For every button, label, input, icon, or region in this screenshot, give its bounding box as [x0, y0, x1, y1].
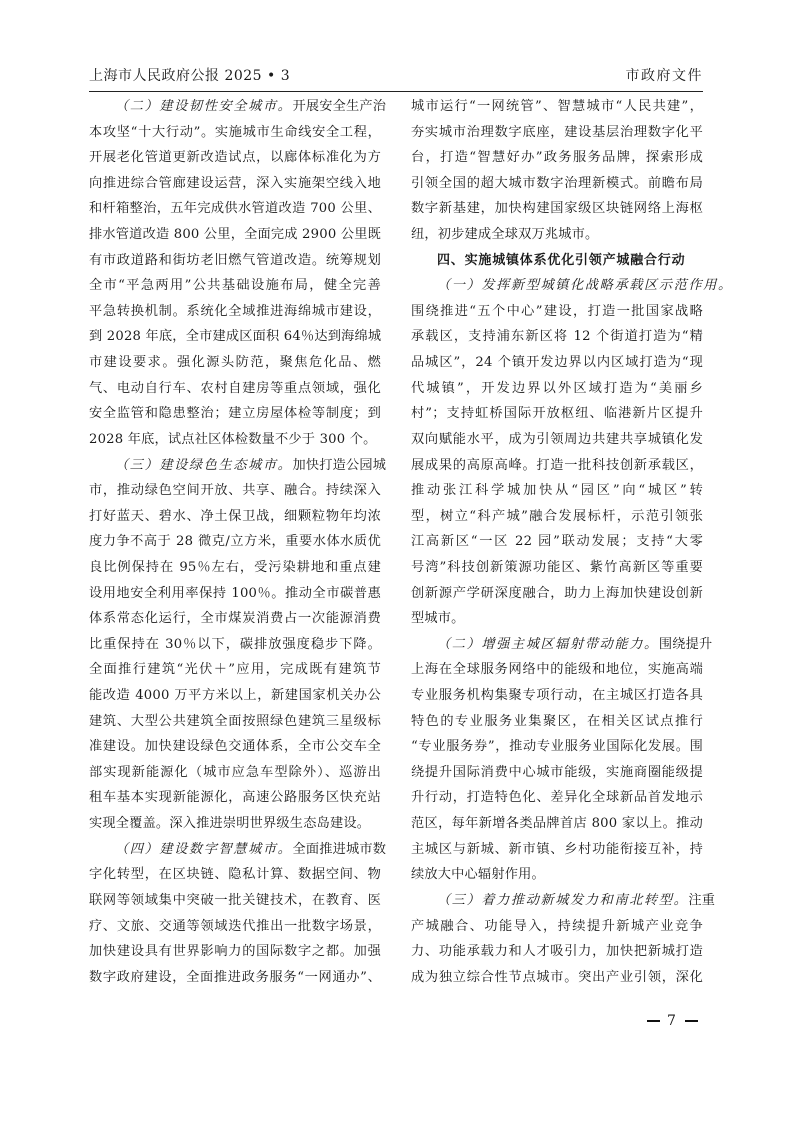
line-text: 特色的专业服务业集聚区，在相关区试点推行 [411, 714, 703, 729]
line-text: 有市政道路和街坊老旧燃气管道改造。统筹规划 [89, 253, 381, 268]
text-line: （二）增强主城区辐射带动能力。围绕提升 [411, 632, 703, 658]
line-text: 四、实施城镇体系优化引领产城融合行动 [437, 253, 685, 268]
text-line: 度力争不高于 28 微克/立方米，重要水体水质优 [89, 529, 381, 555]
line-text: 市建设要求。强化源头防范，聚焦危化品、燃 [89, 355, 381, 370]
line-text: 品城区”，24 个镇开发边界以内区域打造为“现 [411, 355, 703, 370]
text-line: 平急转换机制。系统化全域推进海绵城市建设， [89, 299, 381, 325]
text-line: 疗、文旅、交通等领域迭代推出一批数字场景， [89, 914, 381, 940]
line-text: 联网等领域集中突破一批关键技术，在教育、医 [89, 893, 381, 908]
right-column: 城市运行“一网统管”、智慧城市“人民共建”，夯实城市治理数字底座，建设基层治理数… [411, 94, 703, 990]
line-text: 比重保持在 30％以下，碳排放强度稳步下降。 [89, 637, 381, 652]
left-column: （二）建设韧性安全城市。开展安全生产治本攻坚“十大行动”。实施城市生命线安全工程… [89, 94, 381, 990]
line-text: 建筑、大型公共建筑全面按照绿色建筑三星级标 [89, 714, 381, 729]
text-line: 加快建设具有世界影响力的国际数字之都。加强 [89, 939, 381, 965]
line-text: 引领全国的超大城市数字治理新模式。前瞻布局 [411, 176, 703, 191]
line-text: 号湾”科技创新策源功能区、紫竹高新区等重要 [411, 560, 703, 575]
page-number-value: 7 [667, 1013, 678, 1029]
text-line: 范区，每年新增各类品牌首店 800 家以上。推动 [411, 811, 703, 837]
text-line: 台，打造“智慧好办”政务服务品牌，探索形成 [411, 145, 703, 171]
line-text: 成为独立综合性节点城市。突出产业引领，深化 [411, 970, 703, 985]
line-text: 疗、文旅、交通等领域迭代推出一批数字场景， [89, 919, 381, 934]
line-text: 双向赋能水平，成为引领周边共建共享城镇化发 [411, 432, 703, 447]
subsection-title: （四）建设数字智慧城市。 [115, 842, 292, 857]
subsection-title: （三）着力推动新城发力和南北转型。 [437, 893, 688, 908]
line-text: 实现全覆盖。深入推进崇明世界级生态岛建设。 [89, 816, 370, 831]
line-text: 数字新基建，加快构建国家级区块链网络上海枢 [411, 201, 703, 216]
line-text: 全面推行建筑“光伏＋”应用，完成既有建筑节 [89, 662, 381, 677]
text-line: 力、功能承载力和人才吸引力，加快把新城打造 [411, 939, 703, 965]
line-text: 注重 [688, 893, 715, 908]
line-text: 开展老化管道更新改造试点，以廊体标准化为方 [89, 150, 381, 165]
text-line: 村”；支持虹桥国际开放枢纽、临港新片区提升 [411, 401, 703, 427]
text-line: 良比例保持在 95％左右，受污染耕地和重点建 [89, 555, 381, 581]
line-text: 租车基本实现新能源化，高速公路服务区快充站 [89, 790, 381, 805]
text-line: 江高新区“一区 22 园”联动发展；支持“大零 [411, 529, 703, 555]
section-title: 市政府文件 [626, 65, 704, 85]
page-header: 上海市人民政府公报 2025 • 3 市政府文件 [89, 63, 703, 92]
text-line: 有市政道路和街坊老旧燃气管道改造。统筹规划 [89, 248, 381, 274]
text-line: 引领全国的超大城市数字治理新模式。前瞻布局 [411, 171, 703, 197]
dash-left [647, 1020, 660, 1022]
text-line: 和杆箱整治，五年完成供水管道改造 700 公里、 [89, 196, 381, 222]
text-line: 字化转型，在区块链、隐私计算、数据空间、物 [89, 862, 381, 888]
section-heading: 四、实施城镇体系优化引领产城融合行动 [411, 248, 703, 274]
line-text: 全面推进城市数 [292, 842, 386, 857]
publication-title: 上海市人民政府公报 2025 • 3 [89, 65, 290, 85]
text-line: 专业服务机构集聚专项行动，在主城区打造各具 [411, 683, 703, 709]
line-text: 到 2028 年底，全市建成区面积 64％达到海绵城 [89, 329, 381, 344]
text-line: 打好蓝天、碧水、净土保卫战，细颗粒物年均浓 [89, 504, 381, 530]
line-text: 平急转换机制。系统化全域推进海绵城市建设， [89, 304, 381, 319]
text-line: 城市运行“一网统管”、智慧城市“人民共建”， [411, 94, 703, 120]
line-text: 能改造 4000 万平方米以上，新建国家机关办公 [89, 688, 381, 703]
text-line: 安全监管和隐患整治；建立房屋体检等制度；到 [89, 401, 381, 427]
text-line: 体系常态化运行，全市煤炭消费占一次能源消费 [89, 606, 381, 632]
text-line: 气、电动自行车、农村自建房等重点领域，强化 [89, 376, 381, 402]
line-text: 准建设。加快建设绿色交通体系，全市公交车全 [89, 739, 381, 754]
line-text: 排水管道改造 800 公里，全面完成 2900 公里既 [89, 227, 381, 242]
line-text: 全市“平急两用”公共基础设施布局，健全完善 [89, 278, 381, 293]
text-line: 向推进综合管廊建设运营，深入实施架空线入地 [89, 171, 381, 197]
text-line: 展成果的高原高峰。打造一批科技创新承载区， [411, 453, 703, 479]
line-text: 专业服务机构集聚专项行动，在主城区打造各具 [411, 688, 703, 703]
line-text: 字化转型，在区块链、隐私计算、数据空间、物 [89, 867, 381, 882]
line-text: 产城融合、功能导入，持续提升新城产业竞争 [411, 919, 703, 934]
text-line: 部实现新能源化（城市应急车型除外）、巡游出 [89, 760, 381, 786]
line-text: 围绕推进“五个中心”建设，打造一批国家战略 [411, 304, 703, 319]
text-line: 排水管道改造 800 公里，全面完成 2900 公里既 [89, 222, 381, 248]
text-line: 型城市。 [411, 606, 703, 632]
line-text: 升行动，打造特色化、差异化全球新品首发地示 [411, 790, 703, 805]
text-line: 双向赋能水平，成为引领周边共建共享城镇化发 [411, 427, 703, 453]
text-line: 租车基本实现新能源化，高速公路服务区快充站 [89, 785, 381, 811]
line-text: 承载区，支持浦东新区将 12 个街道打造为“精 [411, 329, 703, 344]
line-text: 部实现新能源化（城市应急车型除外）、巡游出 [89, 765, 381, 780]
page-number: 7 [640, 1013, 705, 1029]
line-text: 型，树立“科产城”融合发展标杆，示范引领张 [411, 509, 703, 524]
text-line: （二）建设韧性安全城市。开展安全生产治 [89, 94, 381, 120]
text-line: 2028 年底，试点社区体检数量不少于 300 个。 [89, 427, 381, 453]
subsection-title: （一）发挥新型城镇化战略承载区示范作用。 [437, 278, 733, 293]
text-line: 能改造 4000 万平方米以上，新建国家机关办公 [89, 683, 381, 709]
line-text: 向推进综合管廊建设运营，深入实施架空线入地 [89, 176, 381, 191]
text-line: 特色的专业服务业集聚区，在相关区试点推行 [411, 709, 703, 735]
text-line: 纽，初步建成全球双万兆城市。 [411, 222, 703, 248]
line-text: 2028 年底，试点社区体检数量不少于 300 个。 [89, 432, 377, 447]
line-text: 夯实城市治理数字底座，建设基层治理数字化平 [411, 125, 703, 140]
subsection-title: （二）建设韧性安全城市。 [115, 99, 292, 114]
line-text: 良比例保持在 95％左右，受污染耕地和重点建 [89, 560, 381, 575]
line-text: 推动张江科学城加快从“园区”向“城区”转 [411, 483, 703, 498]
line-text: 村”；支持虹桥国际开放枢纽、临港新片区提升 [411, 406, 703, 421]
line-text: 度力争不高于 28 微克/立方米，重要水体水质优 [89, 534, 381, 549]
line-text: 安全监管和隐患整治；建立房屋体检等制度；到 [89, 406, 381, 421]
text-line: 准建设。加快建设绿色交通体系，全市公交车全 [89, 734, 381, 760]
line-text: 本攻坚“十大行动”。实施城市生命线安全工程， [89, 125, 381, 140]
text-line: 市，推动绿色空间开放、共享、融合。持续深入 [89, 478, 381, 504]
line-text: 市，推动绿色空间开放、共享、融合。持续深入 [89, 483, 381, 498]
text-line: 上海在全球服务网络中的能级和地位，实施高端 [411, 657, 703, 683]
text-line: 推动张江科学城加快从“园区”向“城区”转 [411, 478, 703, 504]
text-line: 全面推行建筑“光伏＋”应用，完成既有建筑节 [89, 657, 381, 683]
line-text: 江高新区“一区 22 园”联动发展；支持“大零 [411, 534, 703, 549]
subsection-title: （三）建设绿色生态城市。 [115, 458, 292, 473]
line-text: 上海在全球服务网络中的能级和地位，实施高端 [411, 662, 703, 677]
text-line: 品城区”，24 个镇开发边界以内区域打造为“现 [411, 350, 703, 376]
line-text: 体系常态化运行，全市煤炭消费占一次能源消费 [89, 611, 381, 626]
line-text: 开展安全生产治 [292, 99, 386, 114]
text-line: 数字政府建设，全面推进政务服务“一网通办”、 [89, 965, 381, 991]
text-line: 设用地安全利用率保持 100％。推动全市碳普惠 [89, 581, 381, 607]
line-text: 加快打造公园城 [292, 458, 386, 473]
text-line: 代城镇”，开发边界以外区域打造为“美丽乡 [411, 376, 703, 402]
text-line: 实现全覆盖。深入推进崇明世界级生态岛建设。 [89, 811, 381, 837]
text-line: 联网等领域集中突破一批关键技术，在教育、医 [89, 888, 381, 914]
line-text: 气、电动自行车、农村自建房等重点领域，强化 [89, 381, 381, 396]
text-line: 数字新基建，加快构建国家级区块链网络上海枢 [411, 196, 703, 222]
subsection-title: （二）增强主城区辐射带动能力。 [437, 637, 659, 652]
line-text: 数字政府建设，全面推进政务服务“一网通办”、 [89, 970, 381, 985]
text-line: 升行动，打造特色化、差异化全球新品首发地示 [411, 785, 703, 811]
text-line: 成为独立综合性节点城市。突出产业引领，深化 [411, 965, 703, 991]
text-line: 全市“平急两用”公共基础设施布局，健全完善 [89, 273, 381, 299]
text-line: 比重保持在 30％以下，碳排放强度稳步下降。 [89, 632, 381, 658]
text-line: 开展老化管道更新改造试点，以廊体标准化为方 [89, 145, 381, 171]
text-line: 到 2028 年底，全市建成区面积 64％达到海绵城 [89, 324, 381, 350]
line-text: 续放大中心辐射作用。 [411, 867, 545, 882]
line-text: 城市运行“一网统管”、智慧城市“人民共建”， [411, 99, 703, 114]
line-text: 台，打造“智慧好办”政务服务品牌，探索形成 [411, 150, 703, 165]
line-text: 型城市。 [411, 611, 465, 626]
line-text: 展成果的高原高峰。打造一批科技创新承载区， [411, 458, 703, 473]
text-line: 建筑、大型公共建筑全面按照绿色建筑三星级标 [89, 709, 381, 735]
line-text: 力、功能承载力和人才吸引力，加快把新城打造 [411, 944, 703, 959]
line-text: 纽，初步建成全球双万兆城市。 [411, 227, 598, 242]
text-line: 主城区与新城、新市镇、乡村功能衔接互补，持 [411, 837, 703, 863]
text-line: 产城融合、功能导入，持续提升新城产业竞争 [411, 914, 703, 940]
text-line: 号湾”科技创新策源功能区、紫竹高新区等重要 [411, 555, 703, 581]
text-line: （四）建设数字智慧城市。全面推进城市数 [89, 837, 381, 863]
line-text: 绕提升国际消费中心城市能级，实施商圈能级提 [411, 765, 703, 780]
line-text: 打好蓝天、碧水、净土保卫战，细颗粒物年均浓 [89, 509, 381, 524]
line-text: 设用地安全利用率保持 100％。推动全市碳普惠 [89, 586, 381, 601]
text-line: 创新源产学研深度融合，助力上海加快建设创新 [411, 581, 703, 607]
line-text: 范区，每年新增各类品牌首店 800 家以上。推动 [411, 816, 703, 831]
text-line: 围绕推进“五个中心”建设，打造一批国家战略 [411, 299, 703, 325]
line-text: 创新源产学研深度融合，助力上海加快建设创新 [411, 586, 703, 601]
text-line: 承载区，支持浦东新区将 12 个街道打造为“精 [411, 324, 703, 350]
line-text: 主城区与新城、新市镇、乡村功能衔接互补，持 [411, 842, 703, 857]
line-text: 围绕提升 [659, 637, 713, 652]
text-line: 市建设要求。强化源头防范，聚焦危化品、燃 [89, 350, 381, 376]
dash-right [685, 1020, 698, 1022]
line-text: “专业服务券”，推动专业服务业国际化发展。围 [411, 739, 703, 754]
text-line: （一）发挥新型城镇化战略承载区示范作用。 [411, 273, 703, 299]
line-text: 代城镇”，开发边界以外区域打造为“美丽乡 [411, 381, 703, 396]
text-line: “专业服务券”，推动专业服务业国际化发展。围 [411, 734, 703, 760]
text-line: （三）着力推动新城发力和南北转型。注重 [411, 888, 703, 914]
line-text: 和杆箱整治，五年完成供水管道改造 700 公里、 [89, 201, 381, 216]
text-line: 型，树立“科产城”融合发展标杆，示范引领张 [411, 504, 703, 530]
text-line: 夯实城市治理数字底座，建设基层治理数字化平 [411, 120, 703, 146]
line-text: 加快建设具有世界影响力的国际数字之都。加强 [89, 944, 381, 959]
text-line: 续放大中心辐射作用。 [411, 862, 703, 888]
text-line: 绕提升国际消费中心城市能级，实施商圈能级提 [411, 760, 703, 786]
text-line: （三）建设绿色生态城市。加快打造公园城 [89, 453, 381, 479]
text-line: 本攻坚“十大行动”。实施城市生命线安全工程， [89, 120, 381, 146]
